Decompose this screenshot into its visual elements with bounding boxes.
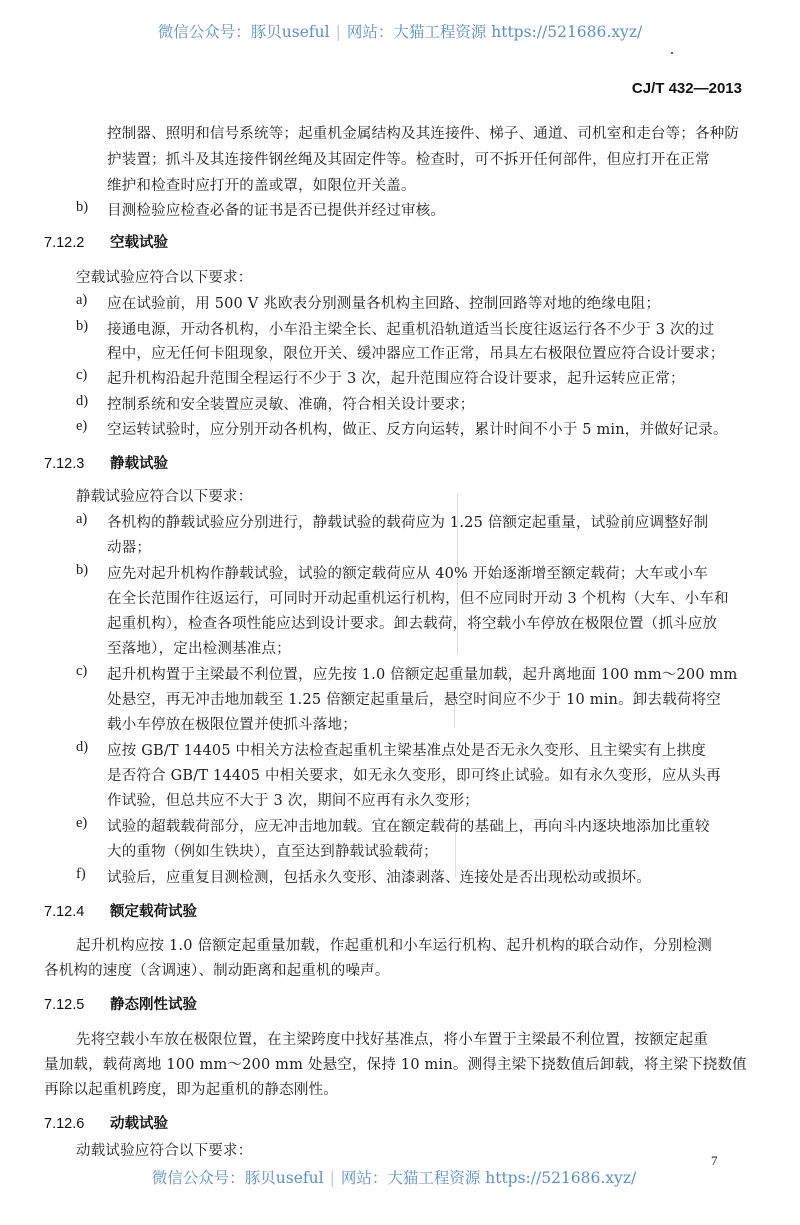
paragraph-line: 再除以起重机跨度，即为起重机的静态刚性。: [44, 1078, 338, 1099]
list-item-text: 应在试验前，用 500 V 兆欧表分别测量各机构主回路、控制回路等对地的绝缘电阻…: [107, 292, 660, 313]
watermark-separator: |: [336, 23, 341, 41]
section-heading-7-12-3: 7.12.3静载试验: [44, 452, 168, 473]
paragraph-line: 起升机构应按 1.0 倍额定起重量加载，作起重机和小车运行机构、起升机构的联合动…: [76, 934, 712, 955]
list-item-text: 程中，应无任何卡阻现象，限位开关、缓冲器应工作正常，吊具左右极限位置应符合设计要…: [107, 342, 724, 363]
section-heading-7-12-5: 7.12.5静态刚性试验: [44, 993, 197, 1014]
list-item-text: 起升机构置于主梁最不利位置，应先按 1.0 倍额定起重量加载，起升离地面 100…: [107, 663, 737, 684]
standard-code: CJ/T 432—2013: [632, 80, 742, 97]
list-item-text: 各机构的静载试验应分别进行，静载试验的载荷应为 1.25 倍额定起重量，试验前应…: [107, 511, 708, 532]
list-item-text: 处悬空，再无冲击地加载至 1.25 倍额定起重量后，悬空时间应不少于 10 mi…: [107, 688, 721, 709]
section-number: 7.12.3: [44, 456, 110, 472]
section-heading-7-12-4: 7.12.4额定载荷试验: [44, 900, 197, 921]
list-item-text: 试验后，应重复目测检测，包括永久变形、油漆剥落、连接处是否出现松动或损坏。: [107, 866, 651, 887]
watermark-wechat: 微信公众号：豚贝useful: [158, 23, 330, 41]
list-item-label: b): [76, 318, 88, 335]
paragraph-line: 先将空载小车放在极限位置，在主梁跨度中找好基准点，将小车置于主梁最不利位置，按额…: [76, 1028, 708, 1049]
list-item-label: c): [76, 663, 87, 680]
section-title: 额定载荷试验: [110, 904, 197, 920]
list-item-text: 作试验，但总共应不大于 3 次，期间不应再有永久变形；: [107, 789, 479, 810]
section-intro: 动载试验应符合以下要求：: [76, 1139, 252, 1160]
list-item-text: 应按 GB/T 14405 中相关方法检查起重机主梁基准点处是否无永久变形、且主…: [107, 739, 706, 760]
list-item-text: 动器；: [107, 536, 151, 557]
section-number: 7.12.5: [44, 997, 110, 1013]
section-number: 7.12.2: [44, 235, 110, 251]
list-item-text: 至落地），定出检测基准点；: [107, 637, 291, 658]
list-item-label: b): [76, 562, 88, 579]
watermark-website: 网站：大猫工程资源 https://521686.xyz/: [347, 23, 642, 41]
scan-artifact-line: [454, 698, 455, 728]
list-item-label: d): [76, 739, 88, 756]
list-item-label: e): [76, 418, 87, 435]
paragraph-line: 维护和检查时应打开的盖或罩，如限位开关盖。: [107, 174, 416, 195]
section-title: 动载试验: [110, 1116, 168, 1132]
list-item-text: 起升机构沿起升范围全程运行不少于 3 次，起升范围应符合设计要求，起升运转应正常…: [107, 367, 685, 388]
section-number: 7.12.4: [44, 904, 110, 920]
list-item-text: 起重机构），检查各项性能应达到设计要求。卸去载荷，将空载小车停放在极限位置（抓斗…: [107, 612, 717, 633]
list-item-text: 大的重物（例如生铁块），直至达到静载试验载荷；: [107, 840, 438, 861]
list-item-label: a): [76, 511, 87, 528]
paragraph-line: 量加载，载荷离地 100 mm～200 mm 处悬空，保持 10 min。测得主…: [44, 1053, 747, 1074]
watermark-wechat: 微信公众号：豚贝useful: [152, 1169, 324, 1187]
list-item-label: a): [76, 292, 87, 309]
paragraph-line: 控制器、照明和信号系统等；起重机金属结构及其连接件、梯子、通道、司机室和走台等；…: [107, 122, 739, 143]
list-item-label: c): [76, 367, 87, 384]
list-item-label: d): [76, 393, 88, 410]
section-title: 静载试验: [110, 456, 168, 472]
watermark-website: 网站：大猫工程资源 https://521686.xyz/: [341, 1169, 636, 1187]
section-intro: 静载试验应符合以下要求：: [76, 485, 252, 506]
list-item-label: f): [76, 866, 86, 883]
list-item-text: 试验的超载载荷部分，应无冲击地加载。宜在额定载荷的基础上，再向斗内逐块地添加比重…: [107, 815, 710, 836]
scan-artifact-line: [455, 830, 456, 878]
list-item-text: 是否符合 GB/T 14405 中相关要求，如无永久变形，即可终止试验。如有永久…: [107, 764, 721, 785]
list-item-text: 在全长范围作往返运行，可同时开动起重机运行机构，但不应同时开动 3 个机构（大车…: [107, 587, 729, 608]
watermark-separator: |: [330, 1169, 335, 1187]
section-title: 静态刚性试验: [110, 997, 197, 1013]
list-item-text: 载小车停放在极限位置并使抓斗落地；: [107, 713, 357, 734]
section-heading-7-12-2: 7.12.2空载试验: [44, 231, 168, 252]
scan-speck: [671, 52, 673, 54]
list-item-text: 空运转试验时，应分别开动各机构，做正、反方向运转，累计时间不小于 5 min，并…: [107, 418, 728, 439]
paragraph-line: 各机构的速度（含调速）、制动距离和起重机的噪声。: [44, 959, 390, 980]
list-item-label: b): [76, 199, 88, 216]
paragraph-line: 护装置；抓斗及其连接件钢丝绳及其固定件等。检查时，可不拆开任何部件，但应打开在正…: [107, 148, 710, 169]
list-item-text: 接通电源，开动各机构，小车沿主梁全长、起重机沿轨道适当长度往返运行各不少于 3 …: [107, 318, 714, 339]
section-title: 空载试验: [110, 235, 168, 251]
section-intro: 空载试验应符合以下要求：: [76, 266, 252, 287]
list-item-label: e): [76, 815, 87, 832]
list-item-text: 目测检验应检查必备的证书是否已提供并经过审核。: [107, 199, 445, 220]
list-item-text: 控制系统和安全装置应灵敏、准确，符合相关设计要求；: [107, 393, 475, 414]
list-item-text: 应先对起升机构作静载试验，试验的额定载荷应从 40% 开始逐渐增至额定载荷；大车…: [107, 562, 708, 583]
watermark-top: 微信公众号：豚贝useful|网站：大猫工程资源 https://521686.…: [0, 20, 800, 42]
watermark-bottom: 微信公众号：豚贝useful|网站：大猫工程资源 https://521686.…: [0, 1166, 794, 1188]
section-number: 7.12.6: [44, 1116, 110, 1132]
scan-artifact-line: [457, 494, 458, 654]
section-heading-7-12-6: 7.12.6动载试验: [44, 1112, 168, 1133]
